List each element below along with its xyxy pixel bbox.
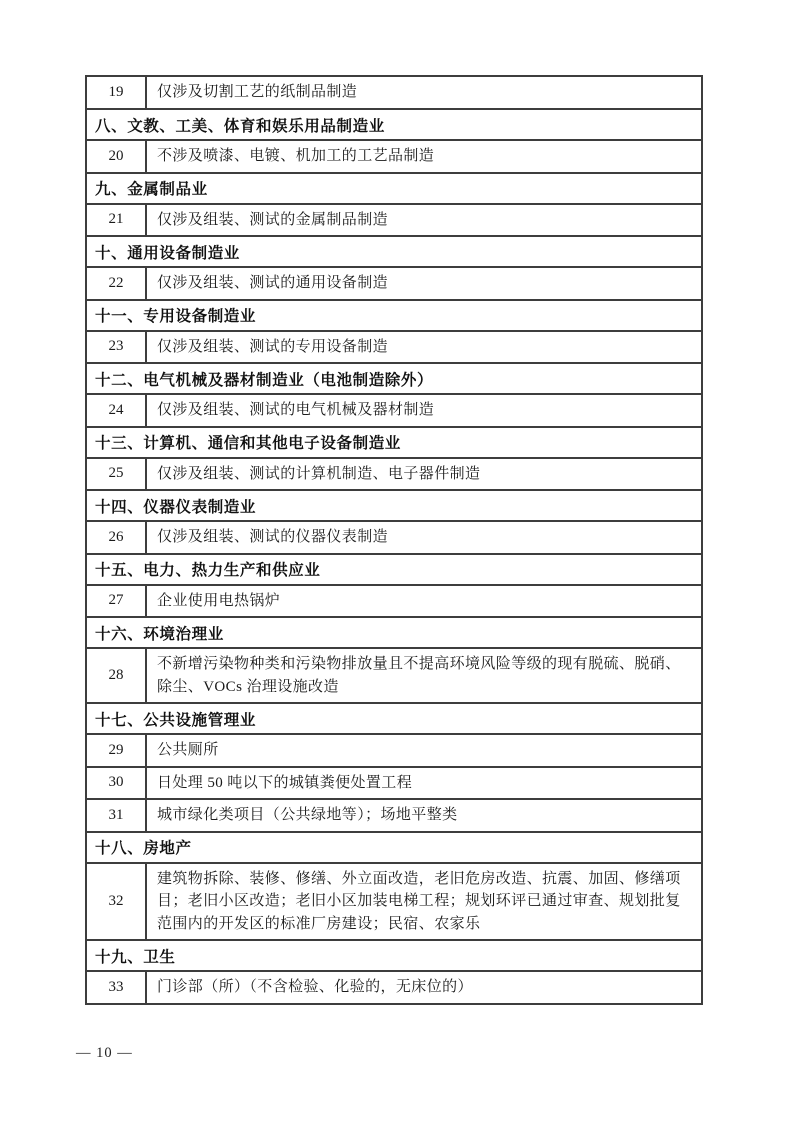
section-header-row: 十八、房地产 [87, 831, 701, 862]
item-number: 20 [87, 141, 147, 172]
document-page: 19仅涉及切割工艺的纸制品制造八、文教、工美、体育和娱乐用品制造业20不涉及喷漆… [0, 0, 793, 1122]
item-description: 仅涉及组装、测试的计算机制造、电子器件制造 [147, 459, 701, 490]
table-row: 20不涉及喷漆、电镀、机加工的工艺品制造 [87, 139, 701, 172]
section-title: 十六、环境治理业 [95, 622, 224, 644]
item-description: 企业使用电热锅炉 [147, 586, 701, 617]
item-number: 29 [87, 735, 147, 766]
item-number: 30 [87, 768, 147, 799]
section-title: 十八、房地产 [95, 836, 192, 858]
section-title: 十四、仪器仪表制造业 [95, 495, 256, 517]
table-row: 33门诊部（所）（不含检验、化验的，无床位的） [87, 970, 701, 1003]
item-description: 日处理 50 吨以下的城镇粪便处置工程 [147, 768, 701, 799]
section-header-row: 十一、专用设备制造业 [87, 299, 701, 330]
item-description: 仅涉及组装、测试的电气机械及器材制造 [147, 395, 701, 426]
section-title: 十二、电气机械及器材制造业（电池制造除外） [95, 368, 433, 390]
section-header-row: 十四、仪器仪表制造业 [87, 489, 701, 520]
item-number: 32 [87, 864, 147, 940]
item-description: 仅涉及切割工艺的纸制品制造 [147, 77, 701, 108]
table-row: 29公共厕所 [87, 733, 701, 766]
section-title: 八、文教、工美、体育和娱乐用品制造业 [95, 114, 385, 136]
table-row: 31城市绿化类项目（公共绿地等）；场地平整类 [87, 798, 701, 831]
item-description: 仅涉及组装、测试的仪器仪表制造 [147, 522, 701, 553]
section-header-row: 八、文教、工美、体育和娱乐用品制造业 [87, 108, 701, 139]
section-title: 十五、电力、热力生产和供应业 [95, 558, 320, 580]
section-header-row: 十三、计算机、通信和其他电子设备制造业 [87, 426, 701, 457]
section-header-row: 十五、电力、热力生产和供应业 [87, 553, 701, 584]
section-header-row: 十、通用设备制造业 [87, 235, 701, 266]
approval-items-table: 19仅涉及切割工艺的纸制品制造八、文教、工美、体育和娱乐用品制造业20不涉及喷漆… [85, 75, 703, 1005]
item-number: 19 [87, 77, 147, 108]
item-number: 31 [87, 800, 147, 831]
section-title: 九、金属制品业 [95, 177, 208, 199]
item-number: 33 [87, 972, 147, 1003]
item-description: 建筑物拆除、装修、修缮、外立面改造，老旧危房改造、抗震、加固、修缮项目；老旧小区… [147, 864, 701, 940]
table-row: 28不新增污染物种类和污染物排放量且不提高环境风险等级的现有脱硫、脱硝、除尘、V… [87, 647, 701, 702]
item-number: 21 [87, 205, 147, 236]
table-row: 32建筑物拆除、装修、修缮、外立面改造，老旧危房改造、抗震、加固、修缮项目；老旧… [87, 862, 701, 940]
section-title: 十九、卫生 [95, 945, 176, 967]
section-header-row: 十六、环境治理业 [87, 616, 701, 647]
item-description: 不新增污染物种类和污染物排放量且不提高环境风险等级的现有脱硫、脱硝、除尘、VOC… [147, 649, 701, 702]
section-header-row: 十二、电气机械及器材制造业（电池制造除外） [87, 362, 701, 393]
table-row: 26仅涉及组装、测试的仪器仪表制造 [87, 520, 701, 553]
section-header-row: 九、金属制品业 [87, 172, 701, 203]
section-title: 十三、计算机、通信和其他电子设备制造业 [95, 431, 401, 453]
item-number: 28 [87, 649, 147, 702]
item-description: 不涉及喷漆、电镀、机加工的工艺品制造 [147, 141, 701, 172]
section-title: 十、通用设备制造业 [95, 241, 240, 263]
table-row: 23仅涉及组装、测试的专用设备制造 [87, 330, 701, 363]
section-header-row: 十九、卫生 [87, 939, 701, 970]
item-number: 26 [87, 522, 147, 553]
item-description: 仅涉及组装、测试的金属制品制造 [147, 205, 701, 236]
table-row: 27企业使用电热锅炉 [87, 584, 701, 617]
item-number: 23 [87, 332, 147, 363]
table-row: 21仅涉及组装、测试的金属制品制造 [87, 203, 701, 236]
item-number: 24 [87, 395, 147, 426]
table-row: 25仅涉及组装、测试的计算机制造、电子器件制造 [87, 457, 701, 490]
item-description: 仅涉及组装、测试的通用设备制造 [147, 268, 701, 299]
table-row: 22仅涉及组装、测试的通用设备制造 [87, 266, 701, 299]
item-description: 公共厕所 [147, 735, 701, 766]
section-title: 十七、公共设施管理业 [95, 708, 256, 730]
section-header-row: 十七、公共设施管理业 [87, 702, 701, 733]
item-description: 仅涉及组装、测试的专用设备制造 [147, 332, 701, 363]
item-number: 22 [87, 268, 147, 299]
item-description: 门诊部（所）（不含检验、化验的，无床位的） [147, 972, 701, 1003]
item-number: 25 [87, 459, 147, 490]
page-number: — 10 — [76, 1045, 133, 1062]
table-row: 24仅涉及组装、测试的电气机械及器材制造 [87, 393, 701, 426]
table-row: 19仅涉及切割工艺的纸制品制造 [87, 77, 701, 108]
table-row: 30日处理 50 吨以下的城镇粪便处置工程 [87, 766, 701, 799]
item-number: 27 [87, 586, 147, 617]
section-title: 十一、专用设备制造业 [95, 304, 256, 326]
item-description: 城市绿化类项目（公共绿地等）；场地平整类 [147, 800, 701, 831]
